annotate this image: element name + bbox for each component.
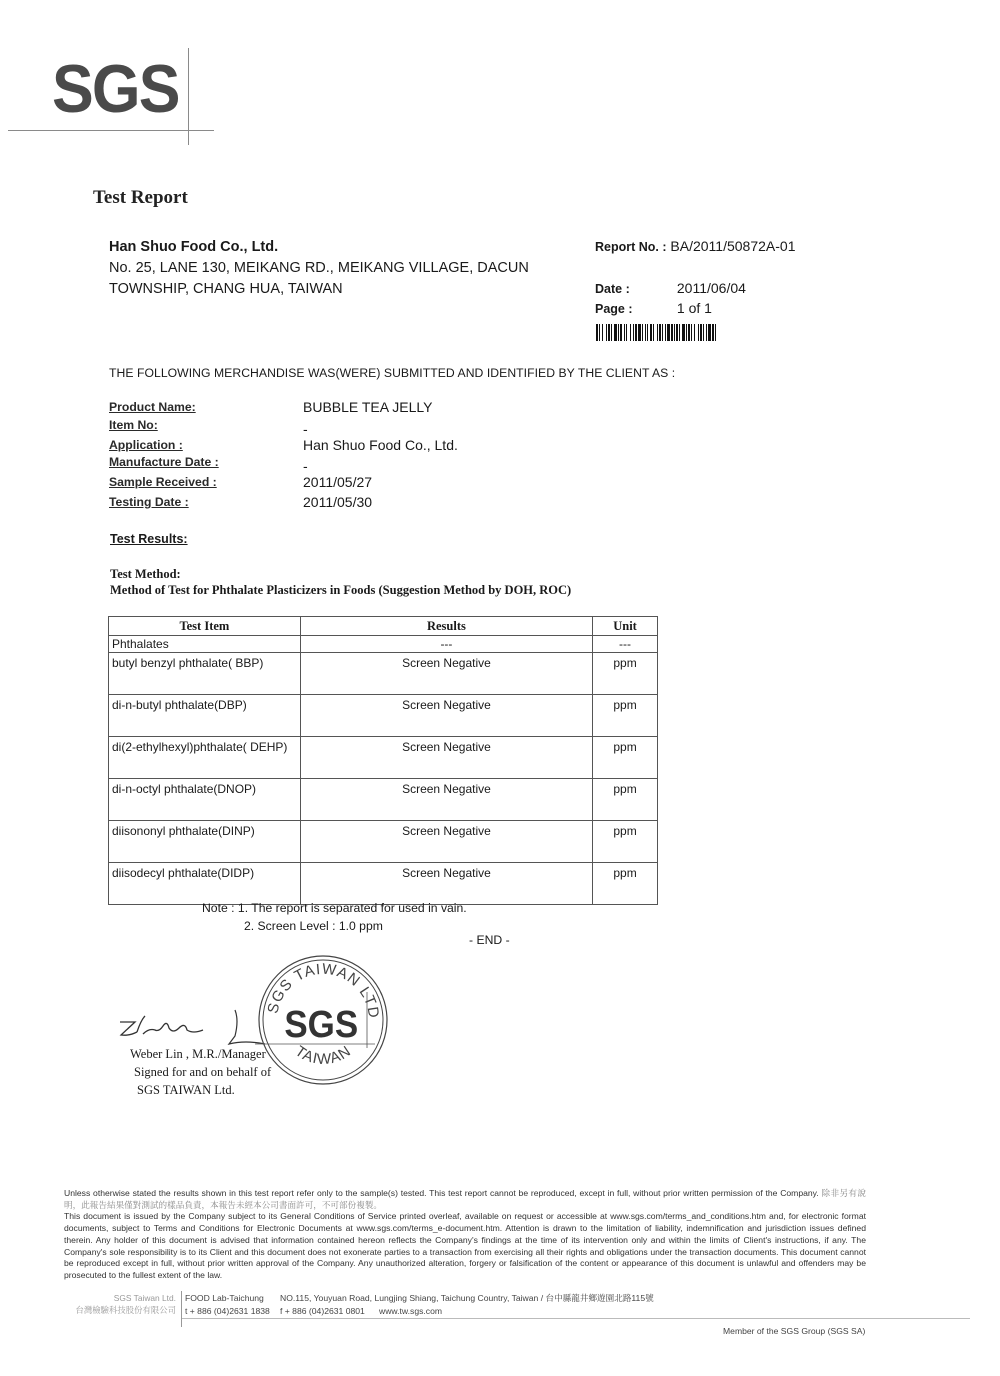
footer-phone: t + 886 (04)2631 1838 bbox=[185, 1305, 280, 1318]
row-result: Screen Negative bbox=[300, 779, 592, 821]
logo-horizontal-rule bbox=[8, 130, 214, 131]
notes: Note : 1. The report is separated for us… bbox=[202, 899, 467, 935]
footer-website[interactable]: www.tw.sgs.com bbox=[379, 1306, 442, 1316]
client-address: No. 25, LANE 130, MEIKANG RD., MEIKANG V… bbox=[109, 258, 569, 300]
footer-rule bbox=[182, 1318, 970, 1319]
report-date: Date : 2011/06/04 bbox=[595, 280, 746, 296]
row-test-item: di-n-octyl phthalate(DNOP) bbox=[109, 779, 301, 821]
legal-paragraph-1: Unless otherwise stated the results show… bbox=[64, 1188, 819, 1198]
footer-company-en: SGS Taiwan Ltd. bbox=[58, 1292, 176, 1304]
svg-text:SGS: SGS bbox=[284, 1003, 358, 1046]
sgs-logo: SGS bbox=[52, 55, 179, 123]
field-value-application: Han Shuo Food Co., Ltd. bbox=[303, 437, 458, 453]
field-value-item-no: - bbox=[303, 421, 308, 437]
header-results: Results bbox=[300, 617, 592, 636]
field-label-sample-received: Sample Received : bbox=[109, 475, 217, 489]
field-label-item-no: Item No: bbox=[109, 418, 158, 432]
footer-member: Member of the SGS Group (SGS SA) bbox=[723, 1326, 865, 1336]
table-row: di-n-octyl phthalate(DNOP) Screen Negati… bbox=[109, 779, 658, 821]
results-table: Test Item Results Unit Phthalates --- --… bbox=[108, 616, 658, 905]
client-address-line1: No. 25, LANE 130, MEIKANG RD., MEIKANG V… bbox=[109, 258, 569, 279]
row-unit: ppm bbox=[593, 821, 658, 863]
note-line-2: 2. Screen Level : 1.0 ppm bbox=[202, 917, 467, 935]
row-result: Screen Negative bbox=[300, 695, 592, 737]
report-page: Page : 1 of 1 bbox=[595, 300, 712, 316]
test-method-heading: Test Method: bbox=[110, 567, 181, 582]
table-header-row: Test Item Results Unit bbox=[109, 617, 658, 636]
footer-fax: f + 886 (04)2631 0801 bbox=[280, 1305, 379, 1318]
footer-address: NO.115, Youyuan Road, Lungjing Shiang, T… bbox=[280, 1293, 654, 1303]
field-label-application: Application : bbox=[109, 438, 183, 452]
row-test-item: di(2-ethylhexyl)phthalate( DEHP) bbox=[109, 737, 301, 779]
test-method-title: Method of Test for Phthalate Plasticizer… bbox=[110, 583, 571, 598]
row-unit: ppm bbox=[593, 863, 658, 905]
row-test-item: diisononyl phthalate(DINP) bbox=[109, 821, 301, 863]
report-number-value: BA/2011/50872A-01 bbox=[670, 238, 795, 254]
row-test-item: di-n-butyl phthalate(DBP) bbox=[109, 695, 301, 737]
category-item: Phthalates bbox=[109, 636, 301, 653]
report-date-label: Date : bbox=[595, 282, 673, 296]
barcode bbox=[596, 324, 839, 341]
report-page-value: 1 of 1 bbox=[677, 300, 712, 316]
field-value-sample-received: 2011/05/27 bbox=[303, 474, 372, 490]
table-row: butyl benzyl phthalate( BBP) Screen Nega… bbox=[109, 653, 658, 695]
end-marker: - END - bbox=[469, 933, 510, 947]
legal-paragraph-2: This document is issued by the Company s… bbox=[64, 1211, 866, 1280]
row-unit: ppm bbox=[593, 653, 658, 695]
signer-name-title: Weber Lin , M.R./Manager bbox=[130, 1045, 271, 1063]
sgs-taiwan-stamp-icon: SGS TAIWAN LTD TAIWAN SGS bbox=[255, 952, 391, 1088]
footer-company-zh: 台灣檢驗科技股份有限公司 bbox=[58, 1304, 176, 1316]
table-row: diisononyl phthalate(DINP) Screen Negati… bbox=[109, 821, 658, 863]
footer-company: SGS Taiwan Ltd. 台灣檢驗科技股份有限公司 bbox=[58, 1292, 176, 1316]
header-test-item: Test Item bbox=[109, 617, 301, 636]
note-line-1: 1. The report is separated for used in v… bbox=[238, 901, 467, 915]
field-value-manufacture-date: - bbox=[303, 458, 308, 474]
row-unit: ppm bbox=[593, 779, 658, 821]
signer-block: Weber Lin , M.R./Manager Signed for and … bbox=[130, 1045, 271, 1099]
test-results-label: Test Results: bbox=[110, 532, 188, 546]
svg-text:TAIWAN: TAIWAN bbox=[292, 1042, 355, 1068]
table-row: di-n-butyl phthalate(DBP) Screen Negativ… bbox=[109, 695, 658, 737]
signer-line-3: SGS TAIWAN Ltd. bbox=[130, 1081, 271, 1099]
client-address-line2: TOWNSHIP, CHANG HUA, TAIWAN bbox=[109, 279, 569, 300]
field-label-product-name: Product Name: bbox=[109, 400, 196, 414]
report-date-value: 2011/06/04 bbox=[677, 280, 746, 296]
report-number-label: Report No. : bbox=[595, 240, 667, 254]
row-unit: ppm bbox=[593, 695, 658, 737]
footer-contact: FOOD Lab-TaichungNO.115, Youyuan Road, L… bbox=[185, 1292, 654, 1318]
field-value-testing-date: 2011/05/30 bbox=[303, 494, 372, 510]
logo-vertical-rule bbox=[188, 48, 189, 145]
signer-line-2: Signed for and on behalf of bbox=[130, 1063, 271, 1081]
legal-disclaimer: Unless otherwise stated the results show… bbox=[64, 1188, 866, 1282]
category-unit: --- bbox=[593, 636, 658, 653]
row-result: Screen Negative bbox=[300, 821, 592, 863]
table-row: di(2-ethylhexyl)phthalate( DEHP) Screen … bbox=[109, 737, 658, 779]
row-result: Screen Negative bbox=[300, 737, 592, 779]
category-result: --- bbox=[300, 636, 592, 653]
footer-divider bbox=[181, 1291, 182, 1327]
row-result: Screen Negative bbox=[300, 653, 592, 695]
merchandise-intro: THE FOLLOWING MERCHANDISE WAS(WERE) SUBM… bbox=[109, 366, 675, 380]
field-label-manufacture-date: Manufacture Date : bbox=[109, 455, 219, 469]
report-number: Report No. : BA/2011/50872A-01 bbox=[595, 238, 796, 254]
note-label: Note : bbox=[202, 901, 235, 915]
document-title: Test Report bbox=[93, 187, 188, 209]
field-value-product-name: BUBBLE TEA JELLY bbox=[303, 399, 432, 415]
signature-scribble-icon bbox=[115, 1000, 275, 1050]
client-name: Han Shuo Food Co., Ltd. bbox=[109, 239, 278, 255]
field-label-testing-date: Testing Date : bbox=[109, 495, 189, 509]
header-unit: Unit bbox=[593, 617, 658, 636]
footer-lab: FOOD Lab-Taichung bbox=[185, 1292, 280, 1305]
table-row-category: Phthalates --- --- bbox=[109, 636, 658, 653]
report-page-label: Page : bbox=[595, 302, 673, 316]
row-test-item: butyl benzyl phthalate( BBP) bbox=[109, 653, 301, 695]
row-unit: ppm bbox=[593, 737, 658, 779]
